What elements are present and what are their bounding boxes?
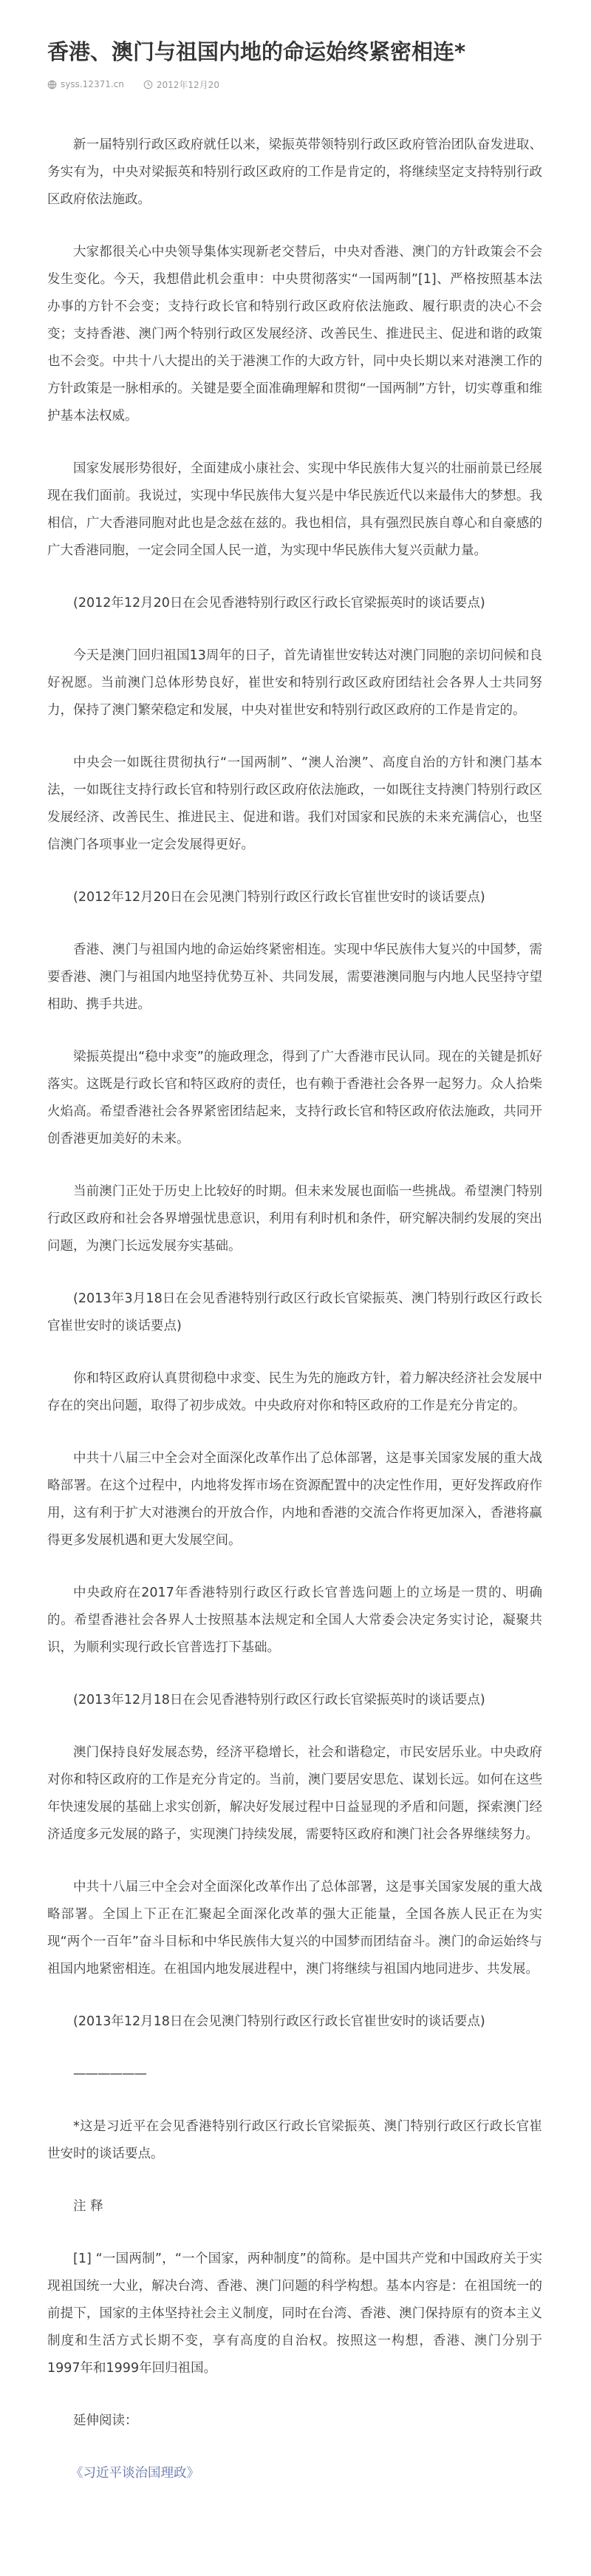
further-reading: 《习近平谈治国理政》 bbox=[44, 2460, 542, 2487]
source-meta: syss.12371.cn bbox=[47, 79, 124, 89]
clock-icon bbox=[143, 80, 153, 89]
article-title: 香港、澳门与祖国内地的命运始终紧密相连* bbox=[47, 35, 544, 68]
source-citation: (2012年12月20日在会见香港特别行政区行政长官梁振英时的谈话要点) bbox=[47, 590, 542, 617]
further-reading-link[interactable]: 《习近平谈治国理政》 bbox=[70, 2460, 199, 2487]
article-page: 香港、澳门与祖国内地的命运始终紧密相连* syss.12371.cn 2012 bbox=[0, 0, 591, 2576]
source-text: syss.12371.cn bbox=[61, 79, 124, 89]
article-body: 新一届特别行政区政府就任以来，梁振英带领特别行政区政府管治团队奋发进取、务实有为… bbox=[47, 132, 542, 2487]
paragraph: 今天是澳门回归祖国13周年的日子，首先请崔世安转达对澳门同胞的亲切问候和良好祝愿… bbox=[47, 642, 542, 724]
paragraph: 大家都很关心中央领导集体实现新老交替后，中央对香港、澳门的方针政策会不会发生变化… bbox=[47, 239, 542, 430]
source-citation: (2013年12月18日在会见香港特别行政区行政长官梁振英时的谈话要点) bbox=[47, 1687, 542, 1714]
note-1: [1] “一国两制”，“一个国家，两种制度”的简称。是中国共产党和中国政府关于实… bbox=[47, 2246, 542, 2382]
paragraph: 新一届特别行政区政府就任以来，梁振英带领特别行政区政府管治团队奋发进取、务实有为… bbox=[47, 132, 542, 214]
paragraph: 澳门保持良好发展态势，经济平稳增长，社会和谐稳定，市民安居乐业。中央政府对你和特… bbox=[47, 1739, 542, 1849]
paragraph: 当前澳门正处于历史上比较好的时期。但未来发展也面临一些挑战。希望澳门特别行政区政… bbox=[47, 1178, 542, 1260]
source-citation: (2013年3月18日在会见香港特别行政区行政长官梁振英、澳门特别行政区行政长官… bbox=[47, 1285, 542, 1340]
article-meta: syss.12371.cn 2012年12月20 bbox=[47, 77, 544, 92]
further-reading-label: 延伸阅读： bbox=[47, 2407, 542, 2435]
paragraph: 中共十八届三中全会对全面深化改革作出了总体部署，这是事关国家发展的重大战略部署。… bbox=[47, 1874, 542, 1983]
footnote-divider: —————— bbox=[47, 2061, 542, 2088]
date-text: 2012年12月20 bbox=[157, 78, 219, 91]
paragraph: 香港、澳门与祖国内地的命运始终紧密相连。实现中华民族伟大复兴的中国梦，需要香港、… bbox=[47, 937, 542, 1019]
notes-heading: 注 释 bbox=[47, 2193, 542, 2220]
paragraph: 中央会一如既往贯彻执行“一国两制”、“澳人治澳”、高度自治的方针和澳门基本法，一… bbox=[47, 750, 542, 859]
paragraph: 你和特区政府认真贯彻稳中求变、民生为先的施政方针，着力解决经济社会发展中存在的突… bbox=[47, 1365, 542, 1420]
paragraph: 中共十八届三中全会对全面深化改革作出了总体部署，这是事关国家发展的重大战略部署。… bbox=[47, 1445, 542, 1554]
date-meta: 2012年12月20 bbox=[143, 78, 219, 91]
source-citation: (2012年12月20日在会见澳门特别行政区行政长官崔世安时的谈话要点) bbox=[47, 884, 542, 911]
paragraph: 国家发展形势很好，全面建成小康社会、实现中华民族伟大复兴的壮丽前景已经展现在我们… bbox=[47, 455, 542, 565]
paragraph: 中央政府在2017年香港特别行政区行政长官普选问题上的立场是一贯的、明确的。希望… bbox=[47, 1580, 542, 1662]
paragraph: 梁振英提出“稳中求变”的施政理念，得到了广大香港市民认同。现在的关键是抓好落实。… bbox=[47, 1044, 542, 1153]
globe-icon bbox=[47, 80, 57, 89]
footnote-star: *这是习近平在会见香港特别行政区行政长官梁振英、澳门特别行政区行政长官崔世安时的… bbox=[47, 2113, 542, 2168]
source-citation: (2013年12月18日在会见澳门特别行政区行政长官崔世安时的谈话要点) bbox=[47, 2008, 542, 2036]
